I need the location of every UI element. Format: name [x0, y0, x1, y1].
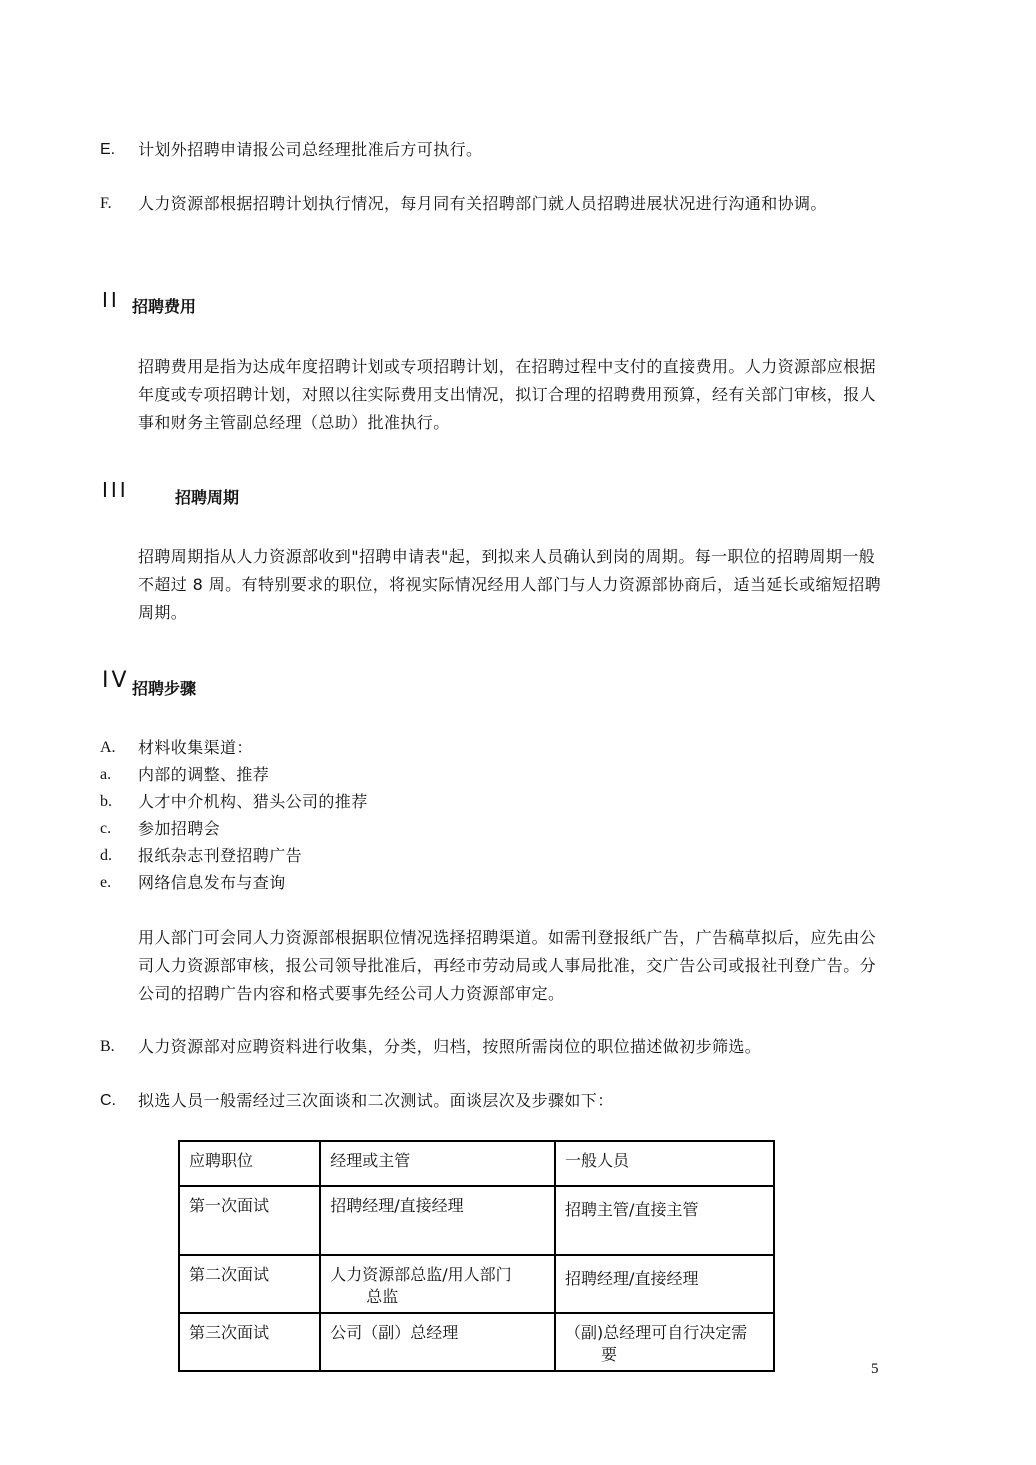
list-marker-b: b.	[100, 788, 112, 816]
list-item: 参加招聘会	[138, 815, 883, 843]
list-marker-f: F.	[100, 190, 112, 218]
list-marker-e2: e.	[100, 869, 111, 897]
table-cell: 第二次面试	[179, 1255, 320, 1313]
interview-table: 应聘职位 经理或主管 一般人员 第一次面试 招聘经理/直接经理 招聘主管/直接主…	[178, 1140, 775, 1372]
table-row: 第一次面试 招聘经理/直接经理 招聘主管/直接主管	[179, 1186, 774, 1255]
section-2-number: II	[102, 288, 120, 312]
table-cell-line: 人力资源部总监/用人部门	[330, 1265, 511, 1284]
item-c-text: 拟选人员一般需经过三次面谈和二次测试。面谈层次及步骤如下：	[138, 1087, 883, 1115]
list-marker-C: C.	[100, 1087, 116, 1115]
list-marker-a: a.	[100, 761, 111, 789]
table-header: 一般人员	[555, 1141, 774, 1186]
table-cell: 人力资源部总监/用人部门 总监	[320, 1255, 555, 1313]
channel-paragraph: 用人部门可会同人力资源部根据职位情况选择招聘渠道。如需刊登报纸广告，广告稿草拟后…	[138, 924, 883, 1008]
table-header-row: 应聘职位 经理或主管 一般人员	[179, 1141, 774, 1186]
list-marker-e: E.	[100, 136, 115, 164]
section-3-number: III	[102, 478, 129, 502]
table-cell: 第一次面试	[179, 1186, 320, 1255]
section-2-title: 招聘费用	[132, 294, 196, 317]
list-marker-d: d.	[100, 842, 112, 870]
table-header: 经理或主管	[320, 1141, 555, 1186]
list-item: 人才中介机构、猎头公司的推荐	[138, 788, 883, 816]
table-cell: 招聘经理/直接经理	[555, 1255, 774, 1313]
section-4-title: 招聘步骤	[132, 676, 196, 699]
table-row: 第三次面试 公司（副）总经理 （副)总经理可自行决定需 要	[179, 1313, 774, 1371]
list-marker-A: A.	[100, 734, 116, 762]
table-cell: 第三次面试	[179, 1313, 320, 1371]
list-marker-B: B.	[100, 1033, 115, 1061]
table-header: 应聘职位	[179, 1141, 320, 1186]
list-item: 材料收集渠道：	[138, 734, 883, 762]
table-cell: （副)总经理可自行决定需 要	[555, 1313, 774, 1371]
table-cell-line: （副)总经理可自行决定需	[565, 1323, 747, 1342]
table-cell: 公司（副）总经理	[320, 1313, 555, 1371]
section-4-number: IV	[102, 668, 130, 693]
list-marker-c: c.	[100, 815, 111, 843]
table-cell-line: 总监	[330, 1286, 545, 1308]
item-e-text: 计划外招聘申请报公司总经理批准后方可执行。	[138, 136, 883, 164]
item-b-text: 人力资源部对应聘资料进行收集，分类，归档，按照所需岗位的职位描述做初步筛选。	[138, 1033, 883, 1061]
section-3-body: 招聘周期指从人力资源部收到"招聘申请表"起，到拟来人员确认到岗的周期。每一职位的…	[138, 543, 883, 627]
list-item: 网络信息发布与查询	[138, 869, 883, 897]
item-f-text: 人力资源部根据招聘计划执行情况，每月同有关招聘部门就人员招聘进展状况进行沟通和协…	[138, 190, 883, 218]
list-item: 内部的调整、推荐	[138, 761, 883, 789]
section-3-title: 招聘周期	[175, 485, 239, 508]
table-row: 第二次面试 人力资源部总监/用人部门 总监 招聘经理/直接经理	[179, 1255, 774, 1313]
list-item: 报纸杂志刊登招聘广告	[138, 842, 883, 870]
page-number: 5	[871, 1361, 879, 1378]
section-2-body: 招聘费用是指为达成年度招聘计划或专项招聘计划，在招聘过程中支付的直接费用。人力资…	[138, 353, 883, 437]
table-cell: 招聘经理/直接经理	[320, 1186, 555, 1255]
table-cell-line: 要	[565, 1344, 764, 1366]
table-cell: 招聘主管/直接主管	[555, 1186, 774, 1255]
